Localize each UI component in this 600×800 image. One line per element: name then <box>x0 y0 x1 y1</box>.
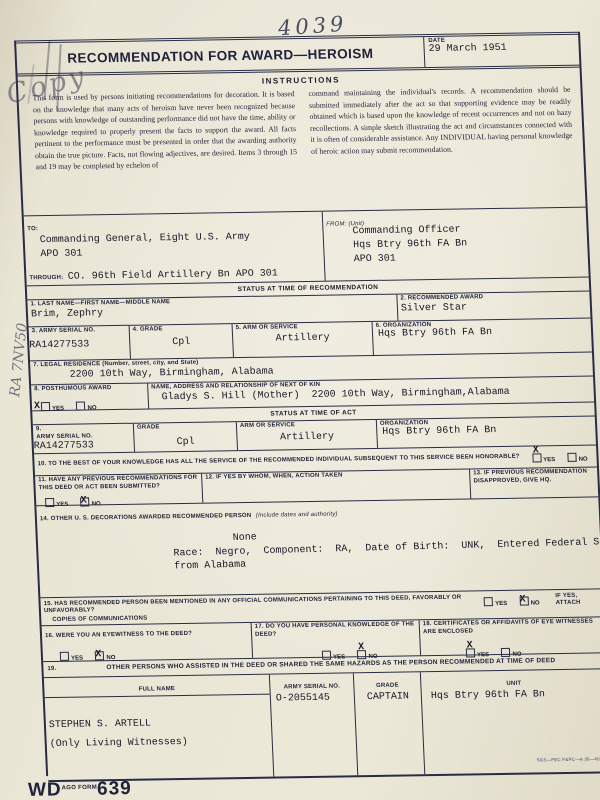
communications-no-label: NO <box>531 600 540 606</box>
through-value: CO. 96th Field Artillery Bn APO 301 <box>68 268 279 282</box>
act-grade-value: Cpl <box>137 436 234 450</box>
witness-name-cell: STEPHEN S. ARTELL (Only Living Witnesses… <box>45 694 274 780</box>
communications-yes-checkbox <box>484 597 493 606</box>
witness-grade-cell <box>354 691 425 775</box>
other-decorations-label: 14. OTHER U. S. DECORATIONS AWARDED RECO… <box>40 513 252 522</box>
act-org-cell: ORGANIZATION Hqs Btry 96th FA Bn <box>376 416 596 447</box>
form-number-639: 639 <box>97 778 132 800</box>
personal-knowledge-label: 17. DO YOU HAVE PERSONAL KNOWLEDGE OF TH… <box>255 621 417 639</box>
posthumous-yes-checkbox: X <box>41 402 50 411</box>
table19-item-number: 19. <box>47 666 56 674</box>
service-honorable-label: 10. TO THE BEST OF YOUR KNOWLEDGE HAS AL… <box>37 453 520 468</box>
personal-knowledge-cell: 17. DO YOU HAVE PERSONAL KNOWLEDGE OF TH… <box>251 620 421 658</box>
from-value: Commanding Officer Hqs Btry 96th FA Bn A… <box>352 222 585 268</box>
eyewitness-no-mark: X <box>95 649 101 660</box>
grade-label: 4. GRADE <box>133 325 229 334</box>
grade-value: Cpl <box>133 336 230 350</box>
print-code: SGS—FEC F&PC—A 30—40M <box>536 756 600 762</box>
posthumous-award-cell: 8. POSTHUMOUS AWARD XYES NO <box>31 384 148 411</box>
address-block: TO: Commanding General, Eight U.S. Army … <box>24 207 589 286</box>
certificates-label: 18. CERTIFICATES OR AFFIDAVITS OF EYE WI… <box>423 618 600 636</box>
to-through-cell: TO: Commanding General, Eight U.S. Army … <box>24 212 325 286</box>
if-yes-by-whom-cell: 12. IF YES BY WHOM, WHEN, ACTION TAKEN <box>201 469 470 502</box>
recommended-award-cell: 2. RECOMMENDED AWARD Silver Star <box>396 292 590 321</box>
recommended-award-value: Silver Star <box>401 300 588 315</box>
organization-value: Hqs Btry 96th FA Bn <box>378 325 589 341</box>
witness-name-note: (Only Living Witnesses) <box>50 736 270 752</box>
eyewitness-label: 16. WERE YOU AN EYEWITNESS TO THE DEED? <box>45 630 248 641</box>
other-decorations-label-italic: (Include dates and authority) <box>256 512 338 519</box>
col-grade: GRADE CAPTAIN <box>353 672 421 692</box>
instructions-section: INSTRUCTIONS This form is used by person… <box>18 68 586 216</box>
col-unit-label: UNIT <box>506 681 521 687</box>
col-serial-label: ARMY SERIAL NO. <box>284 684 341 691</box>
posthumous-no-label: NO <box>87 405 96 411</box>
honorable-yes-checkbox: X <box>532 453 541 462</box>
award-recommendation-form: RECOMMENDATION FOR AWARD—HEROISM DATE 29… <box>14 32 600 776</box>
witness-serial-cell <box>270 692 358 776</box>
arm-service-cell: 5. ARM OR SERVICE Artillery <box>232 322 373 357</box>
communications-no-mark: X <box>519 595 525 606</box>
previous-disapproved-label: 13. IF PREVIOUS RECOMMENDATION DISAPPROV… <box>473 468 595 485</box>
through-label: THROUGH: <box>29 275 63 282</box>
posthumous-yes-label: YES <box>52 405 64 411</box>
serial-value: RA14277533 <box>29 338 127 352</box>
honorable-yes-mark: X <box>533 445 539 456</box>
previous-disapproved-cell: 13. IF PREVIOUS RECOMMENDATION DISAPPROV… <box>469 467 598 498</box>
act-org-value: Hqs Btry 96th FA Bn <box>382 423 593 439</box>
if-yes-attach-label: IF YES, ATTACH <box>555 592 600 608</box>
previous-recommendations-label: 11. HAVE ANY PREVIOUS RECOMMENDATIONS FO… <box>38 475 199 493</box>
from-cell: FROM: (Unit) Commanding Officer Hqs Btry… <box>322 208 589 281</box>
row-other-decorations: 14. OTHER U. S. DECORATIONS AWARDED RECO… <box>36 496 600 597</box>
act-arm-value: Artillery <box>240 430 374 445</box>
other-decorations-value: None Race: Negro, Component: RA, Date of… <box>172 521 600 574</box>
date-cell: DATE 29 March 1951 <box>423 35 579 67</box>
serial-cell: 3. ARMY SERIAL NO. RA14277533 <box>29 326 130 361</box>
posthumous-yes-mark: X <box>34 401 40 412</box>
to-value: Commanding General, Eight U.S. Army APO … <box>39 230 320 262</box>
eyewitness-cell: 16. WERE YOU AN EYEWITNESS TO THE DEED? … <box>42 623 253 661</box>
form-title: RECOMMENDATION FOR AWARD—HEROISM <box>16 45 424 66</box>
col-serial: ARMY SERIAL NO. O-2055145 <box>269 673 354 693</box>
grade-cell: 4. GRADE Cpl <box>129 324 233 359</box>
table19-body: STEPHEN S. ARTELL (Only Living Witnesses… <box>45 688 600 782</box>
other-decorations-cell: 14. OTHER U. S. DECORATIONS AWARDED RECO… <box>36 497 600 597</box>
scanned-document-page: 4039 Copy RA 7NV50 RECOMMENDATION FOR AW… <box>0 0 600 800</box>
honorable-no-label: NO <box>578 456 587 462</box>
organization-cell: 6. ORGANIZATION Hqs Btry 96th FA Bn <box>372 319 592 355</box>
certificates-yes-mark: X <box>466 640 472 651</box>
act-arm-cell: ARM OR SERVICE Artillery <box>236 420 377 450</box>
witness-name-value: STEPHEN S. ARTELL <box>48 710 268 739</box>
arm-service-value: Artillery <box>236 332 370 347</box>
posthumous-award-label: 8. POSTHUMOUS AWARD <box>34 385 144 394</box>
form-number: WDAGO FORM639 <box>28 778 132 800</box>
instructions-right-column: command maintaining the individual's rec… <box>308 84 573 169</box>
act-grade-cell: GRADE Cpl <box>133 422 237 452</box>
certificates-cell: 18. CERTIFICATES OR AFFIDAVITS OF EYE WI… <box>419 617 600 655</box>
previous-recommendations-cell: 11. HAVE ANY PREVIOUS RECOMMENDATIONS FO… <box>35 474 202 506</box>
form-number-ago: AGO FORM <box>62 785 98 792</box>
date-value: 29 March 1951 <box>428 41 575 56</box>
act-serial-cell: 9. ARMY SERIAL NO. RA14277533 <box>33 424 134 454</box>
instructions-left-column: This form is used by persons initiating … <box>32 88 297 173</box>
eyewitness-no-checkbox: X <box>95 651 104 660</box>
form-number-wd: WD <box>28 779 62 800</box>
honorable-yes-label: YES <box>543 457 555 463</box>
act-grade-label: GRADE <box>137 423 233 432</box>
honorable-no-checkbox <box>567 452 576 461</box>
communications-yes-label: YES <box>495 601 507 607</box>
act-arm-label: ARM OR SERVICE <box>240 421 373 431</box>
to-label: TO: <box>27 226 38 232</box>
col-grade-label: GRADE <box>376 683 399 689</box>
col-full-name-label: FULL NAME <box>139 686 176 693</box>
knowledge-no-mark: X <box>358 642 364 653</box>
communications-no-checkbox: X <box>519 597 528 606</box>
eyewitness-yes-checkbox <box>60 651 69 660</box>
posthumous-no-checkbox <box>76 401 85 410</box>
serial-label: 3. ARMY SERIAL NO. <box>32 327 126 336</box>
if-yes-by-whom-label: 12. IF YES BY WHOM, WHEN, ACTION TAKEN <box>205 471 466 483</box>
